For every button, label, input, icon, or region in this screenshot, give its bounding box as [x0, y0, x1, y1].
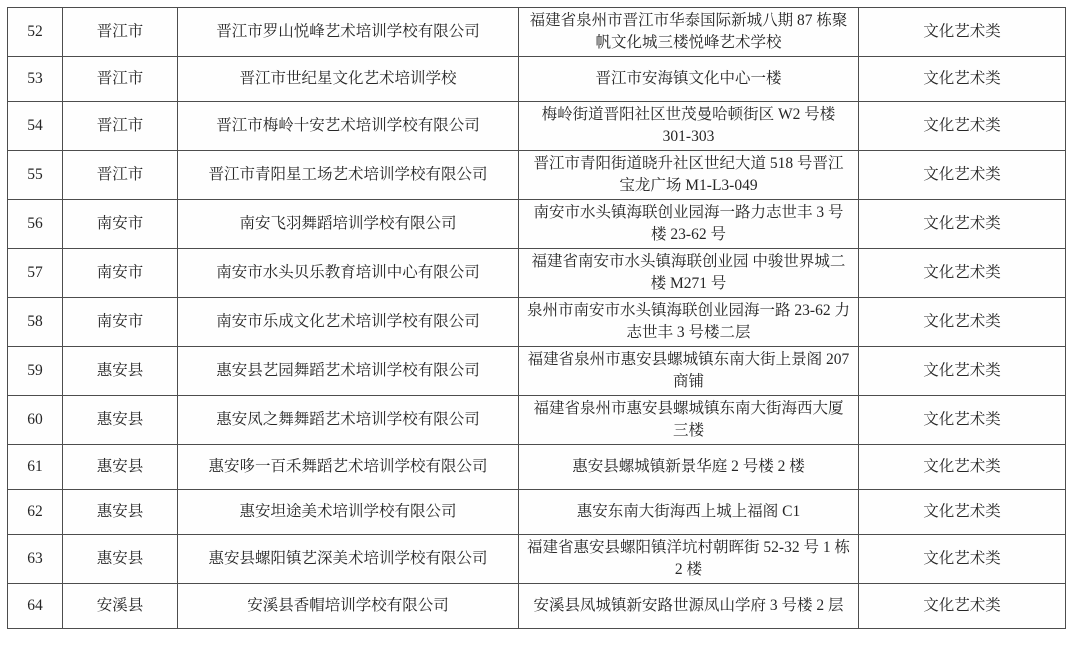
category-cell: 文化艺术类	[859, 445, 1066, 490]
row-number-cell: 60	[8, 396, 63, 445]
address-cell: 福建省泉州市惠安县螺城镇东南大街海西大厦三楼	[519, 396, 859, 445]
table-row: 58 南安市 南安市乐成文化艺术培训学校有限公司 泉州市南安市水头镇海联创业园海…	[8, 298, 1066, 347]
document-page: 52 晋江市 晋江市罗山悦峰艺术培训学校有限公司 福建省泉州市晋江市华泰国际新城…	[0, 0, 1071, 648]
city-cell: 晋江市	[63, 151, 178, 200]
school-name-cell: 晋江市青阳星工场艺术培训学校有限公司	[178, 151, 519, 200]
category-cell: 文化艺术类	[859, 396, 1066, 445]
address-cell: 惠安东南大街海西上城上福阁 C1	[519, 490, 859, 535]
address-cell: 安溪县凤城镇新安路世源凤山学府 3 号楼 2 层	[519, 584, 859, 629]
school-name-cell: 晋江市世纪星文化艺术培训学校	[178, 57, 519, 102]
city-cell: 晋江市	[63, 57, 178, 102]
row-number-cell: 63	[8, 535, 63, 584]
row-number-cell: 59	[8, 347, 63, 396]
city-cell: 惠安县	[63, 490, 178, 535]
school-name-cell: 南安飞羽舞蹈培训学校有限公司	[178, 200, 519, 249]
row-number-cell: 52	[8, 8, 63, 57]
row-number-cell: 57	[8, 249, 63, 298]
category-cell: 文化艺术类	[859, 200, 1066, 249]
city-cell: 南安市	[63, 200, 178, 249]
address-cell: 福建省泉州市惠安县螺城镇东南大街上景阁 207 商铺	[519, 347, 859, 396]
address-cell: 南安市水头镇海联创业园海一路力志世丰 3 号楼 23-62 号	[519, 200, 859, 249]
row-number-cell: 56	[8, 200, 63, 249]
table-row: 64 安溪县 安溪县香帽培训学校有限公司 安溪县凤城镇新安路世源凤山学府 3 号…	[8, 584, 1066, 629]
category-cell: 文化艺术类	[859, 584, 1066, 629]
city-cell: 晋江市	[63, 8, 178, 57]
category-cell: 文化艺术类	[859, 102, 1066, 151]
category-cell: 文化艺术类	[859, 298, 1066, 347]
table-row: 62 惠安县 惠安坦途美术培训学校有限公司 惠安东南大街海西上城上福阁 C1 文…	[8, 490, 1066, 535]
school-name-cell: 惠安哆一百禾舞蹈艺术培训学校有限公司	[178, 445, 519, 490]
address-cell: 晋江市安海镇文化中心一楼	[519, 57, 859, 102]
address-cell: 惠安县螺城镇新景华庭 2 号楼 2 楼	[519, 445, 859, 490]
row-number-cell: 62	[8, 490, 63, 535]
table-row: 59 惠安县 惠安县艺园舞蹈艺术培训学校有限公司 福建省泉州市惠安县螺城镇东南大…	[8, 347, 1066, 396]
school-name-cell: 惠安凤之舞舞蹈艺术培训学校有限公司	[178, 396, 519, 445]
city-cell: 安溪县	[63, 584, 178, 629]
category-cell: 文化艺术类	[859, 249, 1066, 298]
city-cell: 南安市	[63, 249, 178, 298]
school-name-cell: 晋江市罗山悦峰艺术培训学校有限公司	[178, 8, 519, 57]
category-cell: 文化艺术类	[859, 151, 1066, 200]
table-row: 52 晋江市 晋江市罗山悦峰艺术培训学校有限公司 福建省泉州市晋江市华泰国际新城…	[8, 8, 1066, 57]
address-cell: 福建省惠安县螺阳镇洋坑村朝晖街 52-32 号 1 栋 2 楼	[519, 535, 859, 584]
table-row: 54 晋江市 晋江市梅岭十安艺术培训学校有限公司 梅岭街道晋阳社区世茂曼哈顿街区…	[8, 102, 1066, 151]
category-cell: 文化艺术类	[859, 8, 1066, 57]
address-cell: 福建省泉州市晋江市华泰国际新城八期 87 栋聚帆文化城三楼悦峰艺术学校	[519, 8, 859, 57]
school-name-cell: 惠安坦途美术培训学校有限公司	[178, 490, 519, 535]
school-name-cell: 南安市水头贝乐教育培训中心有限公司	[178, 249, 519, 298]
row-number-cell: 58	[8, 298, 63, 347]
table-row: 57 南安市 南安市水头贝乐教育培训中心有限公司 福建省南安市水头镇海联创业园 …	[8, 249, 1066, 298]
category-cell: 文化艺术类	[859, 535, 1066, 584]
address-cell: 梅岭街道晋阳社区世茂曼哈顿街区 W2 号楼 301-303	[519, 102, 859, 151]
school-name-cell: 惠安县螺阳镇艺深美术培训学校有限公司	[178, 535, 519, 584]
table-row: 60 惠安县 惠安凤之舞舞蹈艺术培训学校有限公司 福建省泉州市惠安县螺城镇东南大…	[8, 396, 1066, 445]
row-number-cell: 55	[8, 151, 63, 200]
training-schools-table: 52 晋江市 晋江市罗山悦峰艺术培训学校有限公司 福建省泉州市晋江市华泰国际新城…	[7, 7, 1066, 629]
city-cell: 惠安县	[63, 347, 178, 396]
table-row: 53 晋江市 晋江市世纪星文化艺术培训学校 晋江市安海镇文化中心一楼 文化艺术类	[8, 57, 1066, 102]
table-body: 52 晋江市 晋江市罗山悦峰艺术培训学校有限公司 福建省泉州市晋江市华泰国际新城…	[8, 8, 1066, 629]
city-cell: 惠安县	[63, 396, 178, 445]
school-name-cell: 惠安县艺园舞蹈艺术培训学校有限公司	[178, 347, 519, 396]
table-row: 56 南安市 南安飞羽舞蹈培训学校有限公司 南安市水头镇海联创业园海一路力志世丰…	[8, 200, 1066, 249]
category-cell: 文化艺术类	[859, 490, 1066, 535]
school-name-cell: 安溪县香帽培训学校有限公司	[178, 584, 519, 629]
city-cell: 惠安县	[63, 535, 178, 584]
table-row: 61 惠安县 惠安哆一百禾舞蹈艺术培训学校有限公司 惠安县螺城镇新景华庭 2 号…	[8, 445, 1066, 490]
school-name-cell: 南安市乐成文化艺术培训学校有限公司	[178, 298, 519, 347]
row-number-cell: 64	[8, 584, 63, 629]
row-number-cell: 54	[8, 102, 63, 151]
table-row: 63 惠安县 惠安县螺阳镇艺深美术培训学校有限公司 福建省惠安县螺阳镇洋坑村朝晖…	[8, 535, 1066, 584]
address-cell: 泉州市南安市水头镇海联创业园海一路 23-62 力志世丰 3 号楼二层	[519, 298, 859, 347]
category-cell: 文化艺术类	[859, 347, 1066, 396]
city-cell: 惠安县	[63, 445, 178, 490]
address-cell: 福建省南安市水头镇海联创业园 中骏世界城二楼 M271 号	[519, 249, 859, 298]
category-cell: 文化艺术类	[859, 57, 1066, 102]
row-number-cell: 61	[8, 445, 63, 490]
training-schools-table-container: 52 晋江市 晋江市罗山悦峰艺术培训学校有限公司 福建省泉州市晋江市华泰国际新城…	[7, 7, 1065, 629]
table-row: 55 晋江市 晋江市青阳星工场艺术培训学校有限公司 晋江市青阳街道晓升社区世纪大…	[8, 151, 1066, 200]
school-name-cell: 晋江市梅岭十安艺术培训学校有限公司	[178, 102, 519, 151]
row-number-cell: 53	[8, 57, 63, 102]
city-cell: 南安市	[63, 298, 178, 347]
city-cell: 晋江市	[63, 102, 178, 151]
address-cell: 晋江市青阳街道晓升社区世纪大道 518 号晋江宝龙广场 M1-L3-049	[519, 151, 859, 200]
